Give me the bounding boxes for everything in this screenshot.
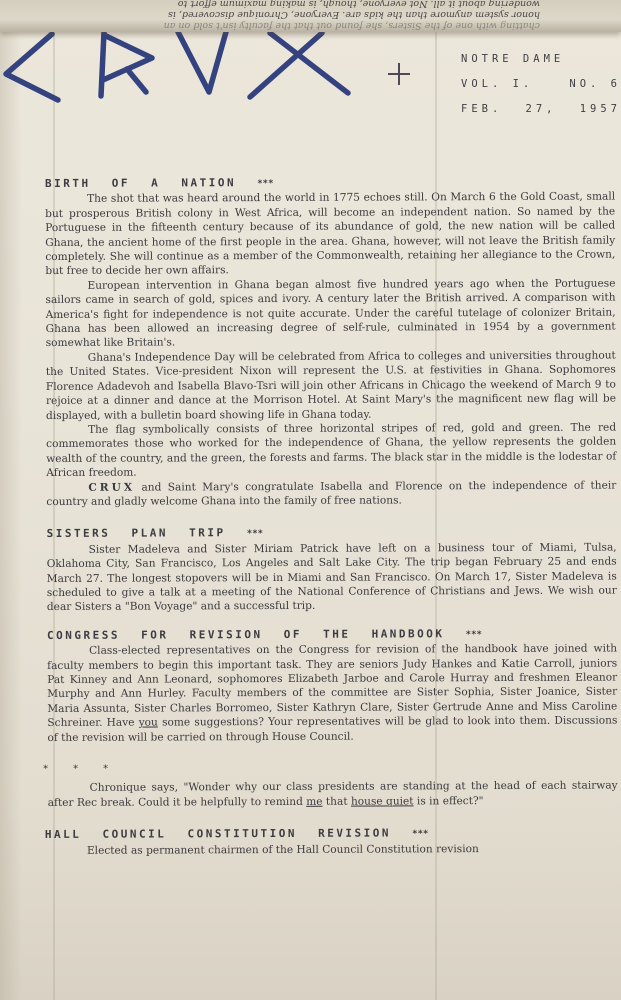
page-edge-shadow [0, 0, 22, 1000]
paragraph: European intervention in Ghana began alm… [45, 276, 615, 351]
date-day: 27, [526, 97, 557, 122]
date-row: FEB. 27, 1957 [461, 97, 621, 122]
flipped-line: chatting with one of the Sisters, she fo… [40, 20, 540, 31]
section-chronique: * * * Chronique says, "Wonder why our cl… [48, 761, 618, 811]
crux-logo [0, 30, 380, 140]
masthead: NOTRE DAME VOL. I. NO. 6 FEB. 27, 1957 [0, 30, 621, 140]
section-congress-handbook: CONGRESS FOR REVISION OF THE HANDBOOK **… [47, 626, 618, 745]
issue-label: NO. 6 [569, 72, 621, 97]
publisher: NOTRE DAME [461, 47, 564, 72]
issue-info: NOTRE DAME VOL. I. NO. 6 FEB. 27, 1957 [461, 47, 621, 122]
volume-label: VOL. I. [461, 72, 533, 97]
underlined-you: you [139, 717, 158, 729]
section-sisters-plan-trip: SISTERS PLAN TRIP *** Sister Madeleva an… [47, 525, 617, 615]
flipped-line: wondering about it all. Not everyone, th… [40, 0, 540, 9]
date-year: 1957 [580, 97, 621, 122]
closing-paragraph: CRUX and Saint Mary's congratulate Isabe… [46, 478, 616, 509]
section-birth-of-a-nation: BIRTH OF A NATION *** The shot that was … [45, 175, 616, 510]
newsletter-body: BIRTH OF A NATION *** The shot that was … [45, 175, 618, 873]
paragraph: Ghana's Independence Day will be celebra… [46, 348, 616, 423]
flipped-line: honor system anymore than the kids are. … [40, 9, 540, 20]
flipped-page-text: chatting with one of the Sisters, she fo… [40, 0, 540, 31]
paragraph: Class-elected representatives on the Con… [47, 642, 617, 745]
paragraph: Sister Madeleva and Sister Miriam Patric… [47, 540, 617, 615]
paragraph: The shot that was heard around the world… [45, 190, 615, 279]
crux-inline-name: CRUX [88, 481, 135, 493]
date-month: FEB. [461, 97, 502, 122]
volume-row: VOL. I. NO. 6 [461, 72, 621, 97]
cross-icon [388, 63, 410, 85]
section-hall-council: HALL COUNCIL CONSTITUTION REVISION *** E… [45, 826, 618, 858]
paragraph: Chronique says, "Wonder why our class pr… [48, 779, 618, 810]
paragraph: The flag symbolically consists of three … [46, 420, 616, 480]
publisher-row: NOTRE DAME [461, 47, 621, 72]
flipped-page-strip: chatting with one of the Sisters, she fo… [0, 0, 621, 32]
paragraph: Elected as permanent chairmen of the Hal… [45, 841, 618, 858]
separator-stars: * * * [43, 761, 618, 778]
